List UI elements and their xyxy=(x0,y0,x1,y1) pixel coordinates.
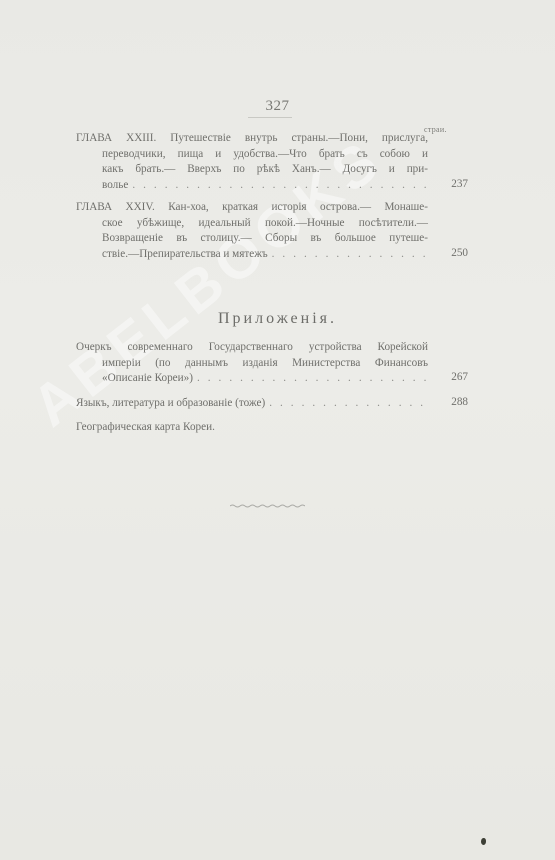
entry-line-last: «Описаніе Кореи») . . . . . . . . . . . … xyxy=(76,371,428,387)
leader-dots: . . . . . . . . . . . . . . . . . . . . … xyxy=(268,247,428,263)
toc-entry-chapter-23: ГЛАВА XXIII. Путешествіе внутрь страны.—… xyxy=(76,131,428,193)
entry-line: Возвращеніе въ столицу.— Сборы въ большо… xyxy=(76,231,428,247)
entry-line-text: «Описаніе Кореи») xyxy=(102,371,193,387)
page-ref-chapter-24: 250 xyxy=(438,247,468,259)
toc-entry-chapter-24: ГЛАВА XXIV. Кан-хоа, краткая исторія ост… xyxy=(76,200,428,262)
entry-line-text: Географическая карта Кореи. xyxy=(76,420,215,436)
toc-entry-appendix-1: Очеркъ современнаго Государственнаго уст… xyxy=(76,340,428,387)
wavy-rule-ornament xyxy=(230,503,305,509)
leader-dots: . . . . . . . . . . . . . . . . . . . . … xyxy=(265,396,428,412)
page-number: 327 xyxy=(0,98,555,115)
entry-line-last: Географическая карта Кореи. xyxy=(76,420,428,436)
entry-line: ГЛАВА XXIV. Кан-хоа, краткая исторія ост… xyxy=(76,200,428,216)
appendix-title: Приложенія. xyxy=(0,310,555,328)
toc-entry-appendix-2: Языкъ, литература и образованіе (тоже) .… xyxy=(76,396,428,412)
entry-line: Очеркъ современнаго Государственнаго уст… xyxy=(76,340,428,356)
page-ref-chapter-23: 237 xyxy=(438,178,468,190)
page-ref-appendix-1: 267 xyxy=(438,371,468,383)
toc-entry-appendix-3: Географическая карта Кореи. xyxy=(76,420,428,436)
entry-line: имперіи (по даннымъ изданія Министерства… xyxy=(76,356,428,372)
ink-speck xyxy=(481,838,486,845)
entry-line-last: Языкъ, литература и образованіе (тоже) .… xyxy=(76,396,428,412)
entry-line: переводчики, пища и удобства.—Что брать … xyxy=(76,147,428,163)
entry-line: ГЛАВА XXIII. Путешествіе внутрь страны.—… xyxy=(76,131,428,147)
leader-dots: . . . . . . . . . . . . . . . . . . . . … xyxy=(193,371,428,387)
entry-line-last: волье . . . . . . . . . . . . . . . . . … xyxy=(76,178,428,194)
entry-line-text: Языкъ, литература и образованіе (тоже) xyxy=(76,396,265,412)
entry-line: какъ брать.— Вверхъ по рѣкѣ Ханъ.— Досуг… xyxy=(76,162,428,178)
entry-line-last: ствіе.—Препирательства и мятежъ . . . . … xyxy=(76,247,428,263)
entry-line-text: ствіе.—Препирательства и мятежъ xyxy=(102,247,268,263)
entry-line: ское убѣжище, идеальный покой.—Ночные по… xyxy=(76,216,428,232)
page-number-rule xyxy=(248,117,292,118)
leader-dots: . . . . . . . . . . . . . . . . . . . . … xyxy=(128,178,428,194)
entry-line-text: волье xyxy=(102,178,128,194)
page-ref-appendix-2: 288 xyxy=(438,396,468,408)
